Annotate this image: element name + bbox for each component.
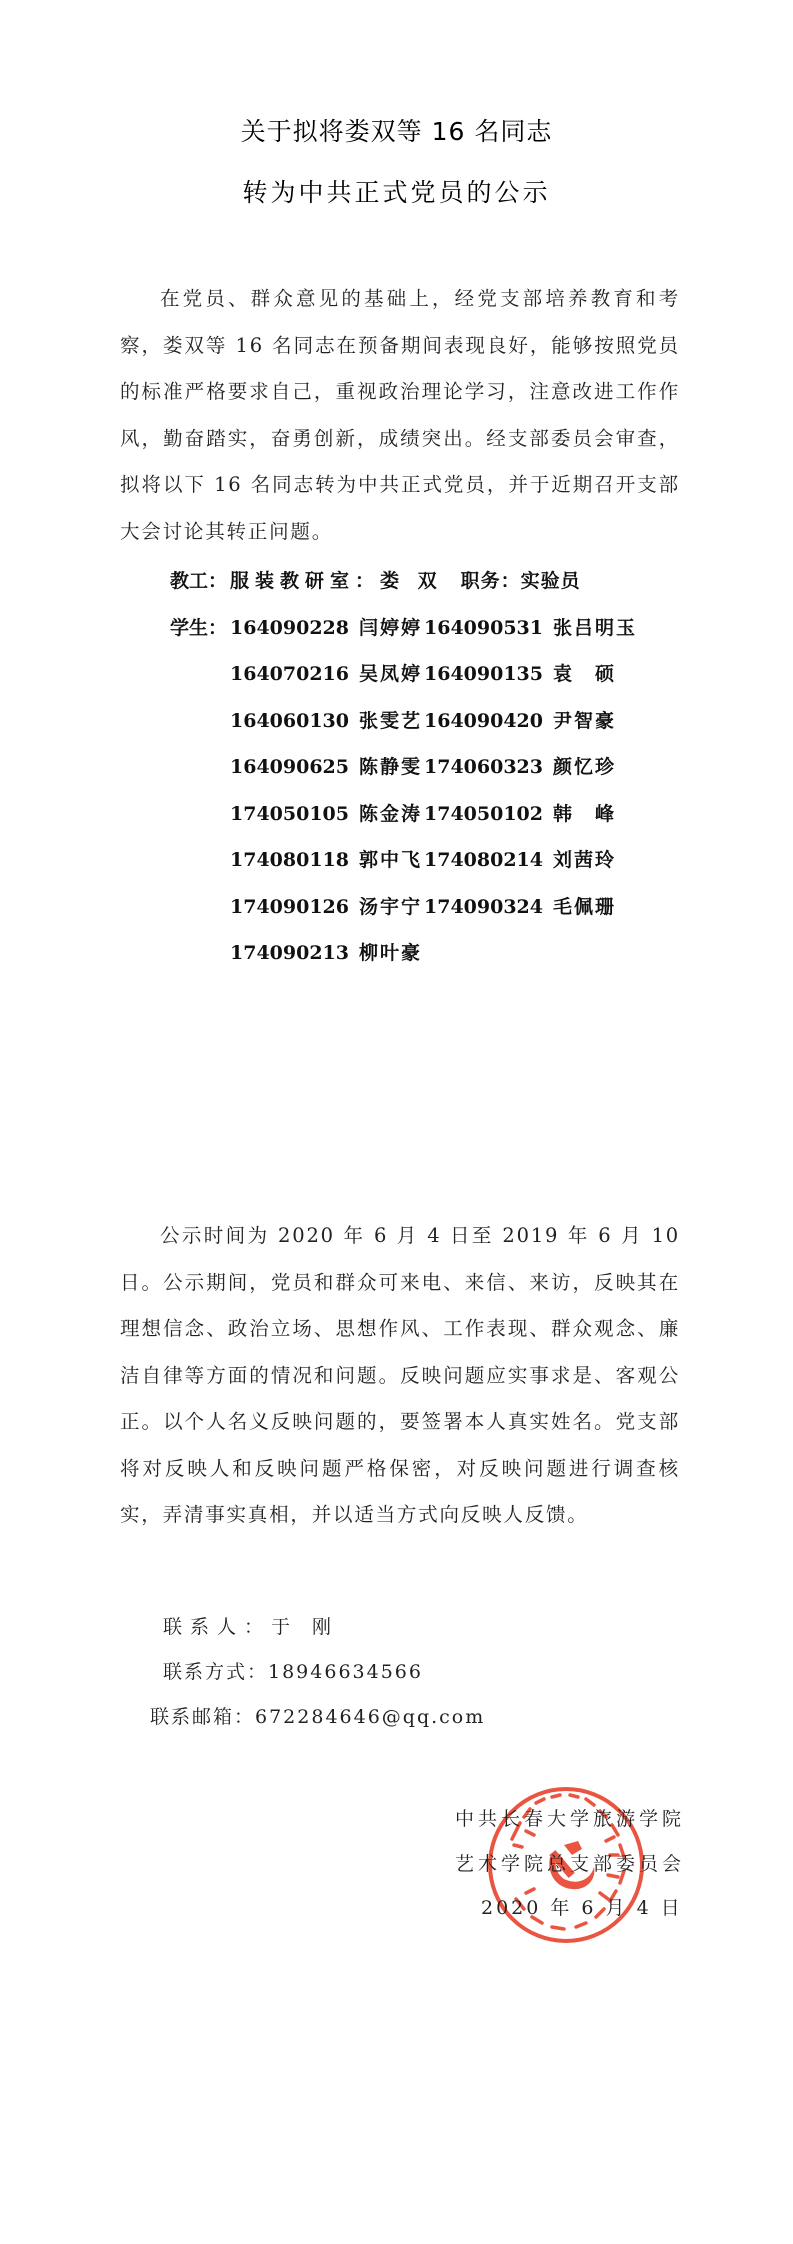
student-name: 吴凤婷 <box>359 663 422 685</box>
student-id: 164070216 <box>230 663 349 685</box>
contact-email: 联系邮箱：672284646@qq.com <box>150 1702 485 1729</box>
staff-label: 教工： <box>170 558 230 605</box>
student-name: 陈金涛 <box>359 803 422 825</box>
contact-phone: 联系方式：18946634566 <box>163 1657 423 1684</box>
student-name: 张雯艺 <box>359 710 422 732</box>
student-id: 174090126 <box>230 896 349 918</box>
student-id: 174090213 <box>230 942 349 964</box>
student-id: 164090135 <box>424 663 543 685</box>
document-page: 关于拟将娄双等 16 名同志 转为中共正式党员的公示 在党员、群众意见的基础上，… <box>0 0 793 2244</box>
staff-department: 服装教研室：娄 双 <box>230 558 443 605</box>
student-row: 174080118郭中飞 174080214刘茜玲 <box>170 837 624 884</box>
student-name: 张吕明玉 <box>553 617 637 639</box>
student-row: 174050105陈金涛 174050102韩 峰 <box>170 791 624 838</box>
student-row: 学生： 164090228闫婷婷 164090531张吕明玉 <box>170 605 624 652</box>
student-id: 164090625 <box>230 756 349 778</box>
student-id: 164090228 <box>230 617 349 639</box>
student-name: 袁 硕 <box>553 663 616 685</box>
student-id: 174050105 <box>230 803 349 825</box>
student-name: 陈静雯 <box>359 756 422 778</box>
signature-org-line-2: 艺术学院总支部委员会 <box>455 1849 685 1876</box>
student-name: 毛佩珊 <box>553 896 616 918</box>
student-id: 174050102 <box>424 803 543 825</box>
staff-position: 职务：实验员 <box>461 558 581 605</box>
student-row: 164070216吴凤婷 164090135袁 硕 <box>170 651 624 698</box>
signature-date: 2020 年 6 月 4 日 <box>481 1893 683 1920</box>
student-row: 164090625陈静雯 174060323颜忆珍 <box>170 744 624 791</box>
title-line-2: 转为中共正式党员的公示 <box>0 173 793 209</box>
student-id: 164060130 <box>230 710 349 732</box>
staff-row: 教工： 服装教研室：娄 双 职务：实验员 <box>170 558 624 605</box>
member-roster: 教工： 服装教研室：娄 双 职务：实验员 学生： 164090228闫婷婷 16… <box>170 558 624 977</box>
student-id: 174080214 <box>424 849 543 871</box>
contact-person: 联系人：于 刚 <box>163 1612 339 1639</box>
student-id: 174060323 <box>424 756 543 778</box>
signature-org-line-1: 中共长春大学旅游学院 <box>455 1804 685 1831</box>
student-name: 柳叶豪 <box>359 942 422 964</box>
student-name: 闫婷婷 <box>359 617 422 639</box>
student-id: 164090420 <box>424 710 543 732</box>
student-row: 174090126汤宇宁 174090324毛佩珊 <box>170 884 624 931</box>
student-label: 学生： <box>170 605 230 652</box>
student-name: 尹智豪 <box>553 710 616 732</box>
student-name: 郭中飞 <box>359 849 422 871</box>
student-name: 韩 峰 <box>553 803 616 825</box>
student-row: 164060130张雯艺 164090420尹智豪 <box>170 698 624 745</box>
title-line-1: 关于拟将娄双等 16 名同志 <box>0 112 793 148</box>
student-id: 174090324 <box>424 896 543 918</box>
notice-paragraph: 公示时间为 2020 年 6 月 4 日至 2019 年 6 月 10 日。公示… <box>120 1213 680 1539</box>
student-row: 174090213柳叶豪 <box>170 930 624 977</box>
student-name: 颜忆珍 <box>553 756 616 778</box>
student-name: 汤宇宁 <box>359 896 422 918</box>
intro-paragraph: 在党员、群众意见的基础上，经党支部培养教育和考察，娄双等 16 名同志在预备期间… <box>120 276 680 555</box>
student-id: 174080118 <box>230 849 349 871</box>
student-id: 164090531 <box>424 617 543 639</box>
student-name: 刘茜玲 <box>553 849 616 871</box>
